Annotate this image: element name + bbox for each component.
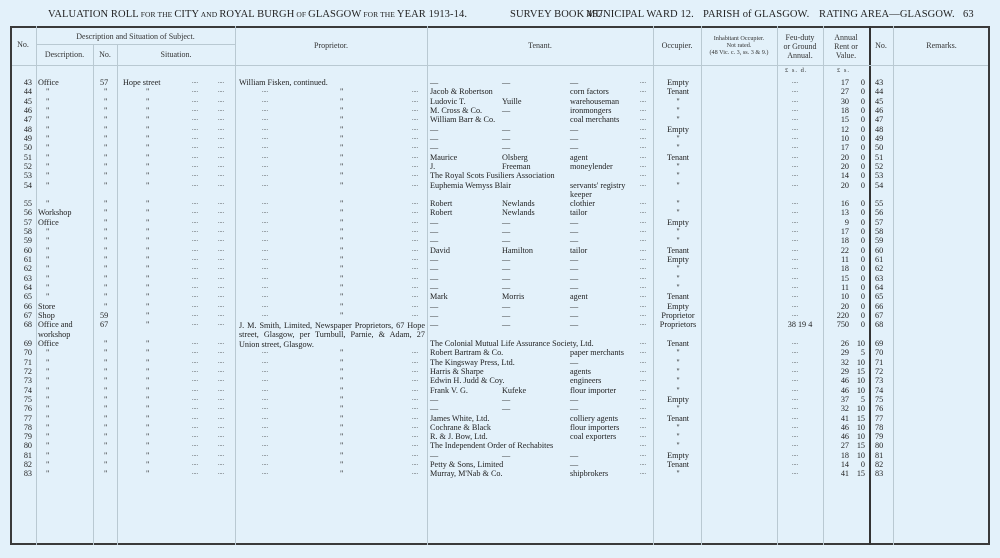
- feu-duty: ....: [792, 311, 798, 320]
- street-number: ": [104, 441, 107, 450]
- description: ": [46, 246, 49, 255]
- table-row: 75"""............"........———Empty....37…: [0, 395, 1000, 404]
- table-row: 76"""............"........———"....321076: [0, 404, 1000, 413]
- leader-dots: ....: [412, 264, 418, 273]
- row-number: 72: [14, 367, 32, 376]
- table-row: 68Office and67"............———Proprietor…: [0, 320, 1000, 329]
- situation: ": [146, 106, 149, 115]
- tenant-surname: —: [502, 218, 510, 227]
- feu-duty: ....: [792, 106, 798, 115]
- leader-dots: ....: [640, 451, 646, 460]
- row-number: 54: [14, 181, 32, 190]
- table-row: 48"""............"........———Empty....12…: [0, 125, 1000, 134]
- leader-dots: ....: [640, 246, 646, 255]
- description: ": [46, 292, 49, 301]
- occupier: Empty: [655, 395, 701, 404]
- situation: ": [146, 358, 149, 367]
- table-row: keeper: [0, 190, 1000, 199]
- leader-dots: ....: [262, 469, 268, 478]
- proprietor-ditto: ": [340, 469, 343, 478]
- rent-pounds: 15: [825, 115, 849, 124]
- leader-dots: ....: [640, 367, 646, 376]
- description: Shop: [38, 311, 55, 320]
- leader-dots: ....: [640, 181, 646, 190]
- row-number-right: 67: [875, 311, 883, 320]
- col-header-no-right: No.: [869, 41, 893, 50]
- tenant-surname: —: [502, 302, 510, 311]
- occupier: Proprietor: [655, 311, 701, 320]
- header-subrule: [36, 44, 235, 45]
- rent-pounds: 10: [825, 134, 849, 143]
- leader-dots: ....: [192, 432, 198, 441]
- street-number: ": [104, 469, 107, 478]
- leader-dots: ....: [218, 264, 224, 273]
- inhabitant-line-2: Not rated.: [701, 42, 777, 49]
- table-row: 45"""............"........Ludovic T.Yuil…: [0, 97, 1000, 106]
- leader-dots: ....: [412, 97, 418, 106]
- leader-dots: ....: [412, 358, 418, 367]
- description: ": [46, 367, 49, 376]
- inhabitant-line-3: (48 Vic. c. 3, ss. 3 & 9.): [701, 49, 777, 56]
- leader-dots: ....: [192, 236, 198, 245]
- table-row: 57Office""............"........———Empty.…: [0, 218, 1000, 227]
- rent-pounds: 46: [825, 432, 849, 441]
- street-number: ": [104, 339, 107, 348]
- feu-duty: ....: [792, 404, 798, 413]
- leader-dots: ....: [412, 143, 418, 152]
- situation: ": [146, 432, 149, 441]
- feu-duty: ....: [792, 358, 798, 367]
- rent-pounds: 29: [825, 348, 849, 357]
- row-number: 67: [14, 311, 32, 320]
- leader-dots: ....: [262, 348, 268, 357]
- leader-dots: ....: [262, 283, 268, 292]
- tenant-surname: —: [502, 311, 510, 320]
- rent-shillings: 10: [851, 432, 865, 441]
- row-number: 47: [14, 115, 32, 124]
- tenant-occupation: —: [570, 404, 578, 413]
- occupier: ": [655, 367, 701, 376]
- table-row: 47"""............"........William Barr &…: [0, 115, 1000, 124]
- leader-dots: ....: [218, 311, 224, 320]
- tenant-occupation: flour importer: [570, 386, 616, 395]
- leader-dots: ....: [412, 414, 418, 423]
- occupier: Tenant: [655, 414, 701, 423]
- tenant-name: James White, Ltd.: [430, 414, 489, 423]
- leader-dots: ....: [218, 292, 224, 301]
- tenant-name: Harris & Sharpe: [430, 367, 484, 376]
- occupier: ": [655, 404, 701, 413]
- rent-pounds: 17: [825, 227, 849, 236]
- situation: ": [146, 143, 149, 152]
- leader-dots: ....: [192, 367, 198, 376]
- leader-dots: ....: [218, 106, 224, 115]
- leader-dots: ....: [192, 218, 198, 227]
- situation: ": [146, 171, 149, 180]
- leader-dots: ....: [412, 441, 418, 450]
- row-number-right: 71: [875, 358, 883, 367]
- street-number: ": [104, 358, 107, 367]
- leader-dots: ....: [218, 227, 224, 236]
- occupier: Empty: [655, 218, 701, 227]
- leader-dots: ....: [640, 386, 646, 395]
- situation: ": [146, 125, 149, 134]
- leader-dots: ....: [640, 302, 646, 311]
- situation: ": [146, 339, 149, 348]
- leader-dots: ....: [192, 97, 198, 106]
- street-number: ": [104, 423, 107, 432]
- feu-duty: ....: [792, 218, 798, 227]
- tenant-surname: —: [502, 320, 510, 329]
- feu-duty: ....: [792, 292, 798, 301]
- table-row: 53"""............"........The Royal Scot…: [0, 171, 1000, 180]
- description: Office: [38, 78, 59, 87]
- feu-duty: ....: [792, 134, 798, 143]
- leader-dots: ....: [412, 274, 418, 283]
- tenant-surname: Freeman: [502, 162, 531, 171]
- leader-dots: ....: [640, 236, 646, 245]
- table-row: 65"""............"........MarkMorrisagen…: [0, 292, 1000, 301]
- leader-dots: ....: [262, 106, 268, 115]
- leader-dots: ....: [262, 162, 268, 171]
- rent-units: £ s.: [837, 67, 850, 74]
- tenant-occupation: —: [570, 78, 578, 87]
- proprietor-ditto: ": [340, 106, 343, 115]
- tenant-surname: Newlands: [502, 199, 535, 208]
- row-number: 70: [14, 348, 32, 357]
- description: ": [46, 115, 49, 124]
- rent-shillings: 0: [851, 218, 865, 227]
- proprietor-ditto: ": [340, 143, 343, 152]
- leader-dots: ....: [192, 199, 198, 208]
- tenant-occupation: —: [570, 125, 578, 134]
- municipal-ward: MUNICIPAL WARD 12.: [586, 9, 694, 20]
- tenant-name: Maurice: [430, 153, 457, 162]
- leader-dots: ....: [192, 78, 198, 87]
- tenant-surname: —: [502, 451, 510, 460]
- tenant-occupation: —: [570, 134, 578, 143]
- occupier: ": [655, 143, 701, 152]
- occupier: ": [655, 432, 701, 441]
- leader-dots: ....: [640, 134, 646, 143]
- description: ": [46, 395, 49, 404]
- row-number: 80: [14, 441, 32, 450]
- feu-duty: ....: [792, 432, 798, 441]
- table-row: 73"""............"........Edwin H. Judd …: [0, 376, 1000, 385]
- tenant-name: —: [430, 283, 438, 292]
- situation: ": [146, 236, 149, 245]
- street-number: 59: [100, 311, 108, 320]
- tenant-name: —: [430, 404, 438, 413]
- row-number-right: 52: [875, 162, 883, 171]
- tenant-occupation: tailor: [570, 208, 587, 217]
- rent-shillings: 0: [851, 171, 865, 180]
- tenant-name: Frank V. G.: [430, 386, 468, 395]
- feu-duty: ....: [792, 162, 798, 171]
- row-number: 53: [14, 171, 32, 180]
- tenant-name: The Colonial Mutual Life Assurance Socie…: [430, 339, 594, 348]
- tenant-occupation: —: [570, 255, 578, 264]
- description: ": [46, 227, 49, 236]
- proprietor-ditto: ": [340, 404, 343, 413]
- situation: ": [146, 115, 149, 124]
- leader-dots: ....: [192, 115, 198, 124]
- situation: ": [146, 292, 149, 301]
- rent-pounds: 18: [825, 264, 849, 273]
- situation: ": [146, 199, 149, 208]
- rent-shillings: 0: [851, 460, 865, 469]
- rent-pounds: 10: [825, 292, 849, 301]
- description: ": [46, 469, 49, 478]
- leader-dots: ....: [218, 414, 224, 423]
- header-bottom-rule: [12, 65, 988, 66]
- leader-dots: ....: [640, 199, 646, 208]
- leader-dots: ....: [262, 432, 268, 441]
- row-number-right: 45: [875, 97, 883, 106]
- feu-duty: ....: [792, 264, 798, 273]
- leader-dots: ....: [218, 469, 224, 478]
- leader-dots: ....: [192, 348, 198, 357]
- rent-shillings: 0: [851, 283, 865, 292]
- row-number: 50: [14, 143, 32, 152]
- tenant-surname: —: [502, 264, 510, 273]
- row-number: 62: [14, 264, 32, 273]
- proprietor-ditto: ": [340, 441, 343, 450]
- proprietor-ditto: ": [340, 87, 343, 96]
- leader-dots: ....: [412, 87, 418, 96]
- feu-duty: ....: [792, 255, 798, 264]
- tenant-surname: —: [502, 106, 510, 115]
- feu-units: £ s. d.: [785, 67, 808, 74]
- leader-dots: ....: [640, 414, 646, 423]
- row-number-right: 80: [875, 441, 883, 450]
- tenant-occupation: agent: [570, 292, 588, 301]
- row-number-right: 76: [875, 404, 883, 413]
- table-row: 69Office""............The Colonial Mutua…: [0, 339, 1000, 348]
- rent-shillings: 15: [851, 469, 865, 478]
- feu-duty: ....: [792, 87, 798, 96]
- table-row: 43Office57Hope street............———Empt…: [0, 78, 1000, 87]
- proprietor-ditto: ": [340, 451, 343, 460]
- row-number-right: 44: [875, 87, 883, 96]
- tenant-occupation: —: [570, 358, 578, 367]
- description: ": [46, 460, 49, 469]
- leader-dots: ....: [412, 236, 418, 245]
- feu-duty: ....: [792, 208, 798, 217]
- leader-dots: ....: [262, 460, 268, 469]
- leader-dots: ....: [218, 218, 224, 227]
- leader-dots: ....: [640, 395, 646, 404]
- feu-duty: ....: [792, 274, 798, 283]
- leader-dots: ....: [218, 97, 224, 106]
- tenant-surname: —: [502, 274, 510, 283]
- tenant-name: The Kingsway Press, Ltd.: [430, 358, 515, 367]
- leader-dots: ....: [218, 320, 224, 329]
- leader-dots: ....: [262, 264, 268, 273]
- leader-dots: ....: [192, 395, 198, 404]
- col-header-feu-duty: Feu-duty or Ground Annual.: [777, 33, 823, 60]
- leader-dots: ....: [262, 208, 268, 217]
- leader-dots: ....: [192, 181, 198, 190]
- leader-dots: ....: [218, 255, 224, 264]
- leader-dots: ....: [192, 153, 198, 162]
- leader-dots: ....: [640, 358, 646, 367]
- description: ": [46, 162, 49, 171]
- rent-pounds: 29: [825, 367, 849, 376]
- proprietor-ditto: ": [340, 395, 343, 404]
- situation: ": [146, 153, 149, 162]
- description: ": [46, 423, 49, 432]
- proprietor-ditto: ": [340, 134, 343, 143]
- tenant-name: The Independent Order of Rechabites: [430, 441, 553, 450]
- row-number: 59: [14, 236, 32, 245]
- row-number-right: 77: [875, 414, 883, 423]
- tenant-name: —: [430, 125, 438, 134]
- table-row: 46"""............"........M. Cross & Co.…: [0, 106, 1000, 115]
- tenant-occupation: —: [570, 218, 578, 227]
- feu-duty: ....: [792, 171, 798, 180]
- row-number: 69: [14, 339, 32, 348]
- leader-dots: ....: [640, 264, 646, 273]
- feu-duty: ....: [792, 227, 798, 236]
- row-number: 44: [14, 87, 32, 96]
- street-number: ": [104, 460, 107, 469]
- tenant-surname: —: [502, 125, 510, 134]
- row-number: 43: [14, 78, 32, 87]
- leader-dots: ....: [262, 367, 268, 376]
- tenant-occupation: moneylender: [570, 162, 613, 171]
- leader-dots: ....: [412, 395, 418, 404]
- feu-line-2: or Ground: [777, 42, 823, 51]
- rent-shillings: 0: [851, 320, 865, 329]
- leader-dots: ....: [262, 292, 268, 301]
- rent-shillings: 0: [851, 134, 865, 143]
- leader-dots: ....: [640, 469, 646, 478]
- row-number: 66: [14, 302, 32, 311]
- feu-duty: ....: [792, 339, 798, 348]
- table-row: 60"""............"........DavidHamiltont…: [0, 246, 1000, 255]
- row-number: 68: [14, 320, 32, 329]
- leader-dots: ....: [192, 162, 198, 171]
- proprietor-ditto: ": [340, 264, 343, 273]
- description: ": [46, 171, 49, 180]
- rent-pounds: 16: [825, 199, 849, 208]
- occupier: ": [655, 358, 701, 367]
- row-number: 49: [14, 134, 32, 143]
- leader-dots: ....: [262, 414, 268, 423]
- leader-dots: ....: [262, 134, 268, 143]
- col-header-situation: Situation.: [117, 50, 235, 59]
- leader-dots: ....: [192, 386, 198, 395]
- table-row: 83"""............"........Murray, M'Nab …: [0, 469, 1000, 478]
- tenant-occupation: —: [570, 283, 578, 292]
- description: ": [46, 264, 49, 273]
- tenant-occupation: —: [570, 236, 578, 245]
- rent-shillings: 0: [851, 115, 865, 124]
- street-number: ": [104, 246, 107, 255]
- tenant-name: —: [430, 134, 438, 143]
- tenant-name: —: [430, 218, 438, 227]
- leader-dots: ....: [218, 274, 224, 283]
- feu-line-1: Feu-duty: [777, 33, 823, 42]
- leader-dots: ....: [192, 208, 198, 217]
- leader-dots: ....: [262, 125, 268, 134]
- proprietor-ditto: ": [340, 386, 343, 395]
- rent-shillings: 0: [851, 181, 865, 190]
- tenant-surname: —: [502, 395, 510, 404]
- street-number: ": [104, 218, 107, 227]
- page-number: 63: [963, 9, 974, 20]
- leader-dots: ....: [192, 339, 198, 348]
- leader-dots: ....: [218, 181, 224, 190]
- occupier: Proprietors: [655, 320, 701, 329]
- leader-dots: ....: [640, 115, 646, 124]
- row-number-right: 64: [875, 283, 883, 292]
- leader-dots: ....: [640, 78, 646, 87]
- row-number: 55: [14, 199, 32, 208]
- leader-dots: ....: [640, 292, 646, 301]
- proprietor-ditto: ": [340, 255, 343, 264]
- proprietor-ditto: ": [340, 292, 343, 301]
- table-row: 67Shop59"............"........———Proprie…: [0, 311, 1000, 320]
- leader-dots: ....: [262, 386, 268, 395]
- leader-dots: ....: [412, 227, 418, 236]
- rent-shillings: 15: [851, 367, 865, 376]
- rent-pounds: 18: [825, 451, 849, 460]
- description: ": [46, 87, 49, 96]
- feu-duty: ....: [792, 348, 798, 357]
- street-number: ": [104, 208, 107, 217]
- street-number: ": [104, 414, 107, 423]
- street-number: ": [104, 386, 107, 395]
- leader-dots: ....: [640, 143, 646, 152]
- tenant-surname: —: [502, 404, 510, 413]
- occupier: ": [655, 283, 701, 292]
- proprietor-ditto: ": [340, 218, 343, 227]
- proprietor-ditto: ": [340, 432, 343, 441]
- street-number: ": [104, 171, 107, 180]
- leader-dots: ....: [412, 218, 418, 227]
- tenant-occupation: warehouseman: [570, 97, 619, 106]
- tenant-occupation: corn factors: [570, 87, 609, 96]
- proprietor-ditto: ": [340, 460, 343, 469]
- leader-dots: ....: [640, 208, 646, 217]
- leader-dots: ....: [192, 423, 198, 432]
- proprietor-ditto: ": [340, 153, 343, 162]
- table-row: 82"""............"........Petty & Sons, …: [0, 460, 1000, 469]
- tenant-occupation: —: [570, 227, 578, 236]
- description: ": [46, 386, 49, 395]
- row-number: 73: [14, 376, 32, 385]
- street-number: ": [104, 348, 107, 357]
- description: Store: [38, 302, 55, 311]
- street-number: ": [104, 376, 107, 385]
- feu-duty: ....: [792, 441, 798, 450]
- leader-dots: ....: [218, 125, 224, 134]
- leader-dots: ....: [192, 376, 198, 385]
- leader-dots: ....: [262, 404, 268, 413]
- table-row: 61"""............"........———Empty....11…: [0, 255, 1000, 264]
- tenant-name: —: [430, 395, 438, 404]
- row-number-right: 51: [875, 153, 883, 162]
- situation: ": [146, 134, 149, 143]
- row-number-right: 47: [875, 115, 883, 124]
- leader-dots: ....: [640, 320, 646, 329]
- row-number-right: 81: [875, 451, 883, 460]
- table-row: 54"""............"........Euphemia Wemys…: [0, 181, 1000, 190]
- col-header-occupier: Occupier.: [653, 41, 701, 50]
- leader-dots: ....: [412, 404, 418, 413]
